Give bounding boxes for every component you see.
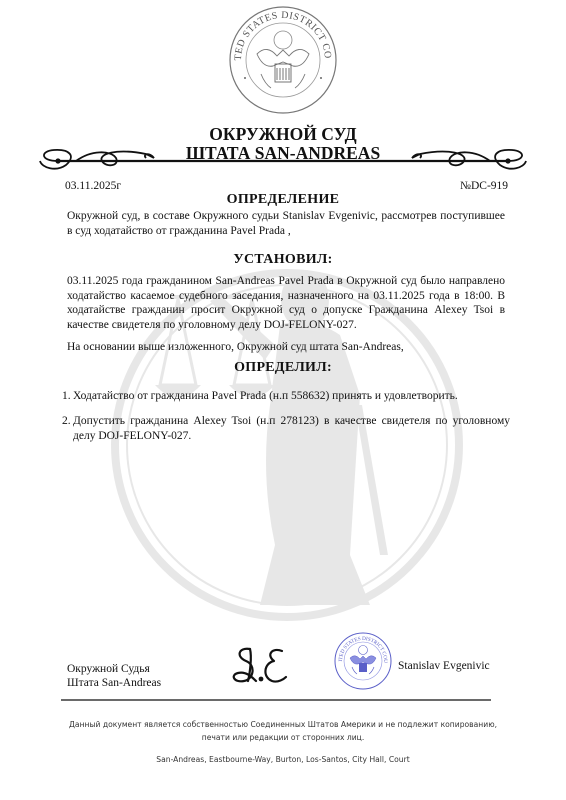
list-item: 1. Ходатайство от гражданина Pavel Prada… — [62, 389, 510, 404]
footer-disclaimer-line1: Данный документ является собственностью … — [0, 718, 566, 731]
ornamental-divider — [36, 146, 530, 176]
document-date: 03.11.2025г — [65, 180, 121, 192]
footer-address: San-Andreas, Eastbourne-Way, Burton, Los… — [0, 753, 566, 766]
established-heading: УСТАНОВИЛ: — [0, 252, 566, 268]
court-name-line1: ОКРУЖНОЙ СУД — [0, 125, 566, 144]
signatory-role: Окружной Судья Штата San-Andreas — [67, 662, 161, 690]
list-item-number: 2. — [62, 414, 73, 443]
ruled-heading: ОПРЕДЕЛИЛ: — [0, 360, 566, 376]
signatory-name: Stanislav Evgenivic — [398, 660, 490, 672]
document-title: ОПРЕДЕЛЕНИЕ — [0, 192, 566, 208]
list-item-text: Ходатайство от гражданина Pavel Prada (н… — [73, 389, 510, 404]
basis-paragraph: На основании выше изложенного, Окружной … — [67, 340, 505, 355]
signatory-role-line1: Окружной Судья — [67, 662, 161, 676]
court-seal-emblem: UNITED STATES DISTRICT COURT — [227, 4, 339, 116]
established-paragraph: 03.11.2025 года гражданином San-Andreas … — [67, 274, 505, 332]
signature-divider — [61, 699, 491, 701]
footer-disclaimer-line2: печати или редакции от сторонних лиц. — [0, 731, 566, 744]
handwritten-signature — [228, 643, 294, 691]
intro-paragraph: Окружной суд, в составе Окружного судьи … — [67, 209, 505, 238]
list-item-number: 1. — [62, 389, 73, 404]
list-item: 2. Допустить гражданина Alexey Tsoi (н.п… — [62, 414, 510, 443]
official-stamp: UNITED STATES DISTRICT COURT — [333, 631, 393, 691]
document-number: №DC-919 — [460, 180, 508, 192]
signatory-role-line2: Штата San-Andreas — [67, 676, 161, 690]
list-item-text: Допустить гражданина Alexey Tsoi (н.п 27… — [73, 414, 510, 443]
